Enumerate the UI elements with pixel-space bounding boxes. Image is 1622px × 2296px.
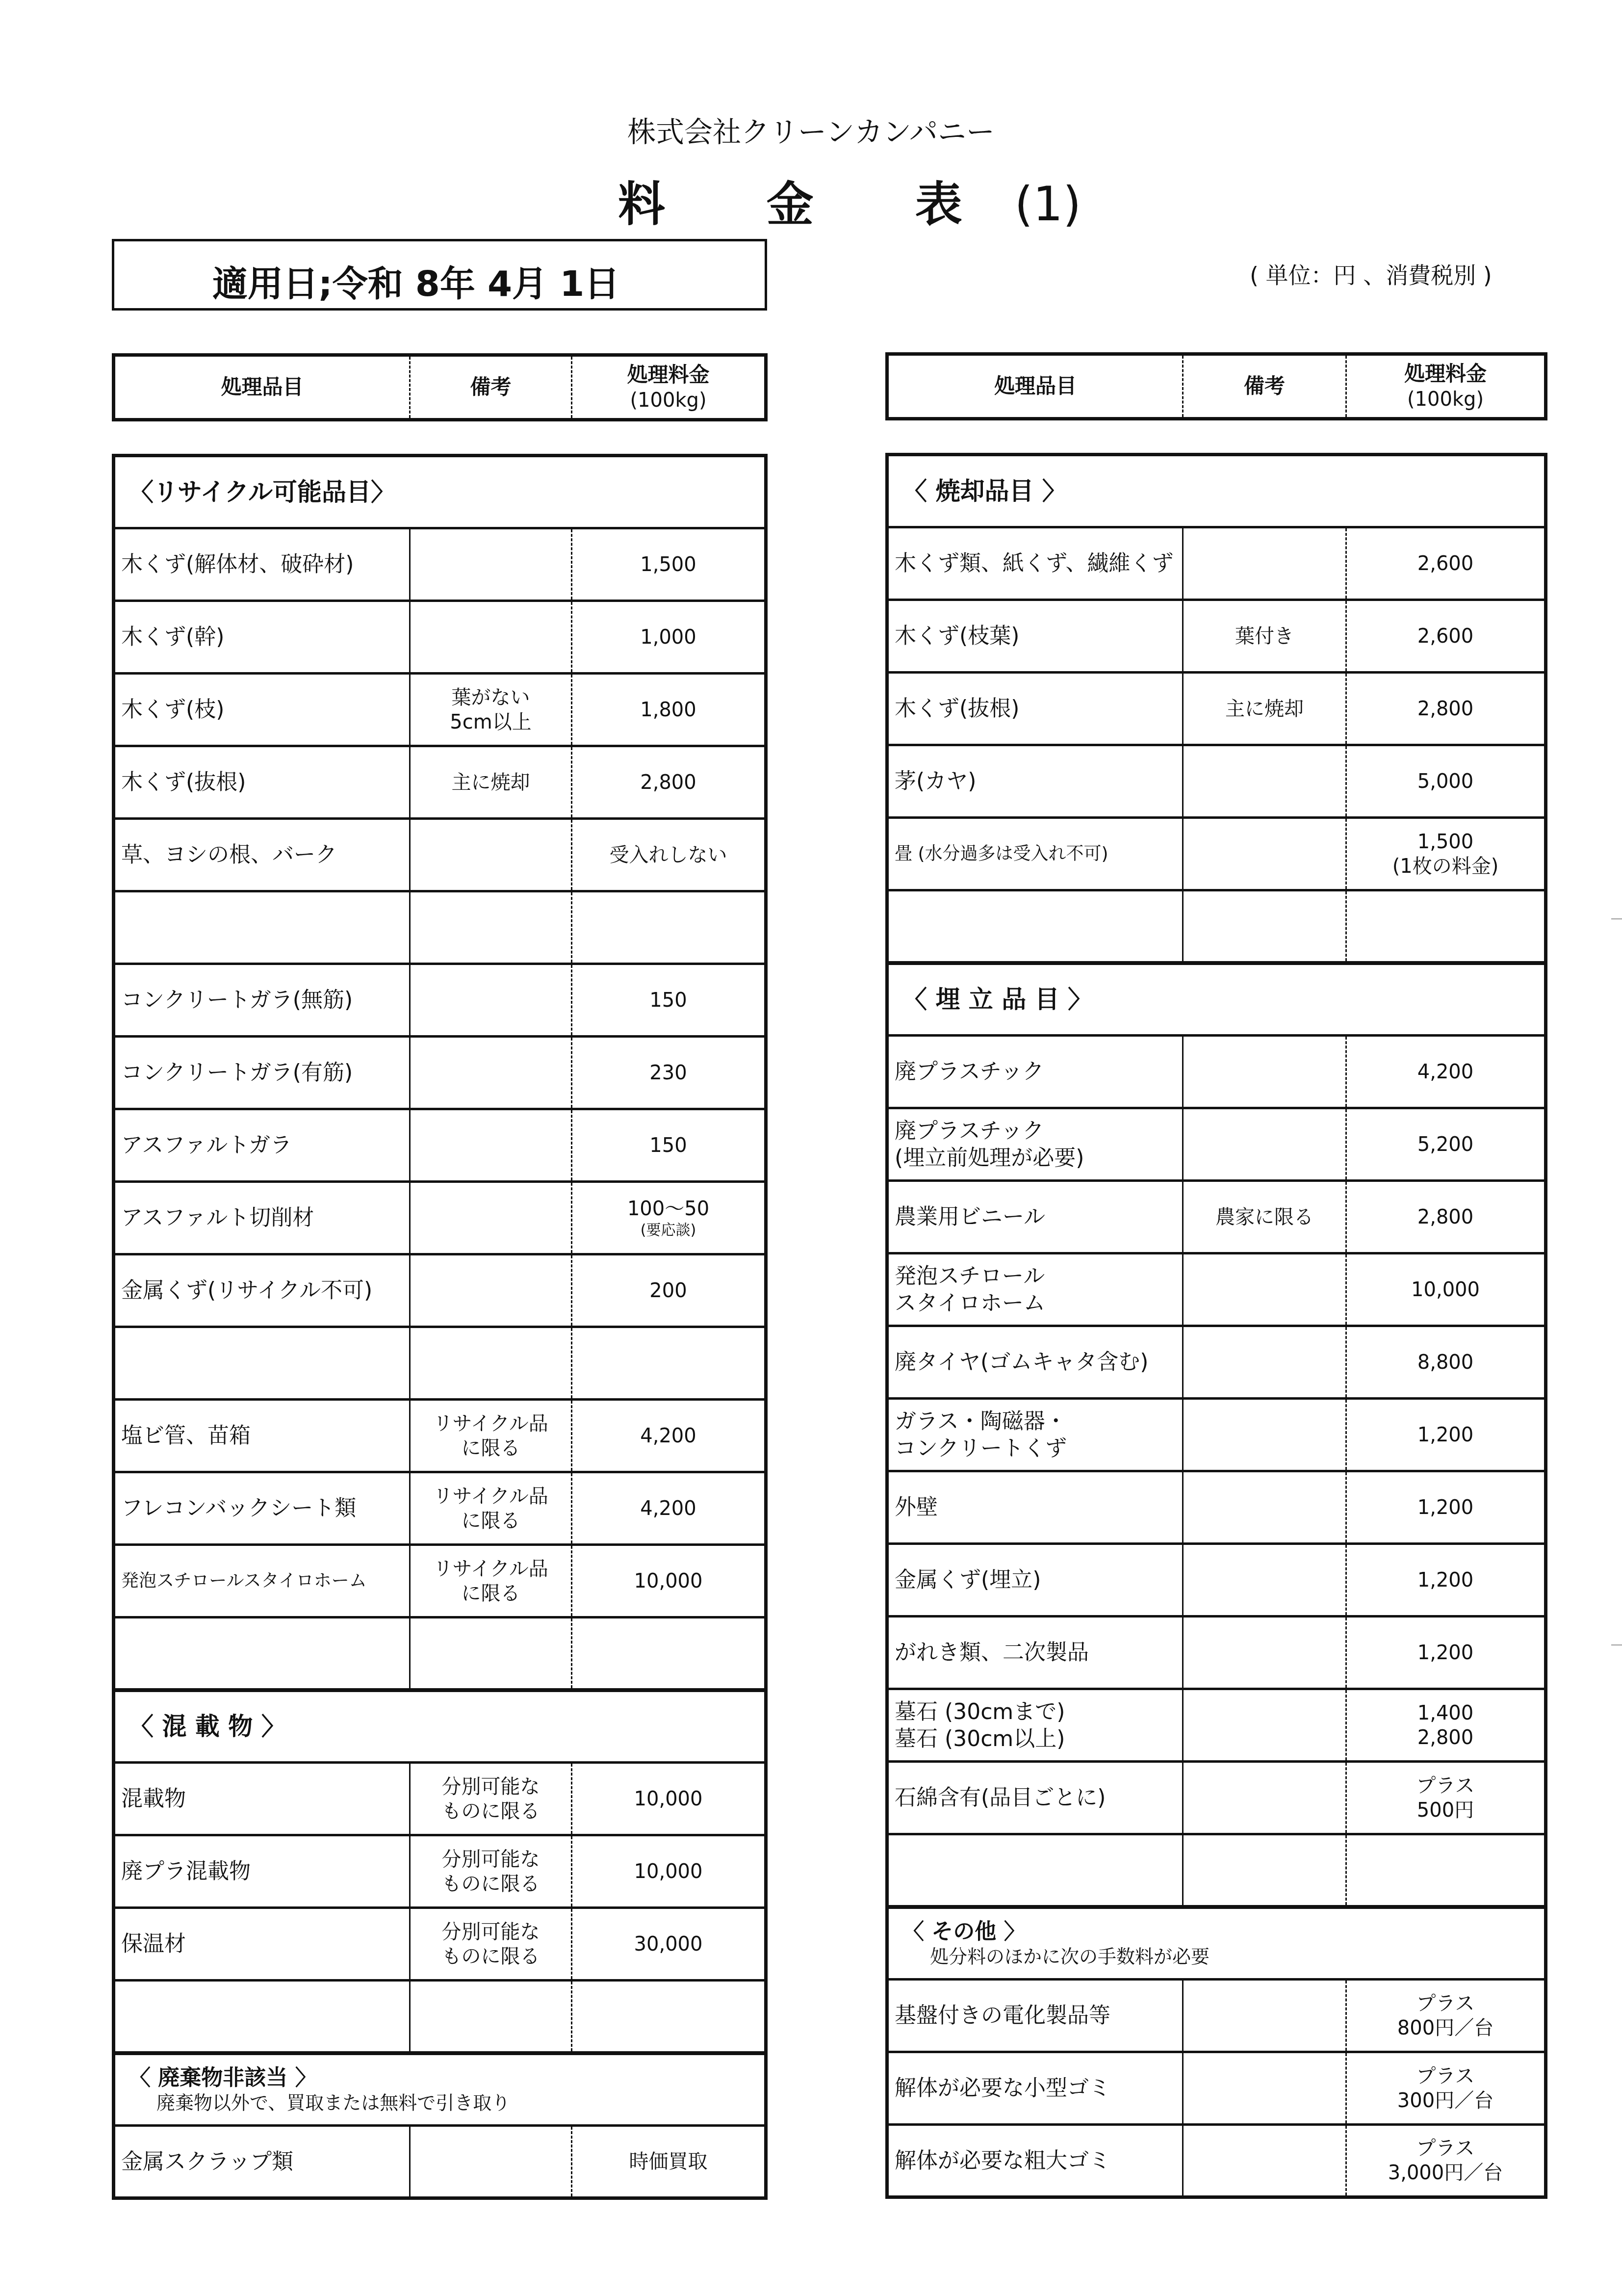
note-cell xyxy=(410,2126,572,2198)
item-cell: 畳 (水分過多は受入れ不可) xyxy=(887,818,1183,890)
section-header: 〈 埋 立 品 目 〉 xyxy=(887,963,1546,1036)
item-cell: 金属くず(埋立) xyxy=(887,1544,1183,1617)
price-cell: 時価買取 xyxy=(572,2126,766,2198)
table-row: アスファルト切削材100〜50(要応談) xyxy=(114,1182,766,1254)
section-header: 〈 その他 〉処分料のほかに次の手数料が必要 xyxy=(887,1907,1546,1980)
table-row: アスファルトガラ150 xyxy=(114,1109,766,1182)
note-cell xyxy=(410,601,572,674)
price-cell: 1,500 (1枚の料金) xyxy=(1346,818,1546,890)
price-cell: 1,000 xyxy=(572,601,766,674)
section-header: 〈 焼却品目 〉 xyxy=(887,455,1546,527)
note-cell: リサイクル品 に限る xyxy=(410,1400,572,1472)
price-cell: 1,400 2,800 xyxy=(1346,1689,1546,1762)
right-price-table: 〈 焼却品目 〉木くず類、紙くず、繊維くず2,600木くず(枝葉)葉付き2,60… xyxy=(885,453,1547,2199)
section-title: 〈 廃棄物非該当 〉 xyxy=(129,2065,317,2090)
price-cell: 1,200 xyxy=(1346,1544,1546,1617)
note-cell: 分別可能な ものに限る xyxy=(410,1908,572,1981)
note-cell xyxy=(1183,818,1346,890)
right-column-header: 処理品目 備考 処理料金 (100kg) xyxy=(885,352,1547,420)
section-title: 〈 混 載 物 〉 xyxy=(129,1712,286,1741)
price-cell: 8,800 xyxy=(1346,1326,1546,1399)
item-cell: 農業用ビニール xyxy=(887,1181,1183,1253)
note-cell xyxy=(1183,1108,1346,1181)
company-name: 株式会社クリーンカンパニー xyxy=(0,109,1622,150)
table-row: 畳 (水分過多は受入れ不可)1,500 (1枚の料金) xyxy=(887,818,1546,890)
title-char: (1) xyxy=(1015,177,1081,232)
header-price: 処理料金 (100kg) xyxy=(572,355,766,420)
note-cell xyxy=(410,528,572,601)
header-note: 備考 xyxy=(1183,354,1346,419)
price-cell: 2,800 xyxy=(1346,673,1546,745)
item-cell: 木くず(抜根) xyxy=(114,746,410,819)
price-cell: プラス 300円／台 xyxy=(1346,2052,1546,2125)
price-cell: 30,000 xyxy=(572,1908,766,1981)
table-row: コンクリートガラ(有筋)230 xyxy=(114,1037,766,1109)
table-row: 茅(カヤ)5,000 xyxy=(887,745,1546,818)
section-title-cell: 〈リサイクル可能品目〉 xyxy=(114,456,766,528)
table-row: 廃プラ混載物分別可能な ものに限る10,000 xyxy=(114,1835,766,1908)
table-row: 木くず類、紙くず、繊維くず2,600 xyxy=(887,527,1546,600)
table-row xyxy=(114,1618,766,1690)
scan-mark xyxy=(1611,1644,1622,1645)
section-header: 〈 混 載 物 〉 xyxy=(114,1690,766,1763)
price-cell: 1,200 xyxy=(1346,1399,1546,1471)
table-row: 発泡スチロールスタイロホームリサイクル品 に限る10,000 xyxy=(114,1545,766,1618)
note-cell: 葉がない 5cm以上 xyxy=(410,674,572,746)
item-cell: がれき類、二次製品 xyxy=(887,1617,1183,1689)
header-price: 処理料金 (100kg) xyxy=(1346,354,1546,419)
table-row: 解体が必要な粗大ゴミプラス 3,000円／台 xyxy=(887,2125,1546,2197)
note-cell xyxy=(1183,2125,1346,2197)
table-row: ガラス・陶磁器・ コンクリートくず1,200 xyxy=(887,1399,1546,1471)
item-cell: 金属くず(リサイクル不可) xyxy=(114,1254,410,1327)
table-row xyxy=(114,1981,766,2053)
note-cell xyxy=(1183,1617,1346,1689)
price-cell: 2,800 xyxy=(1346,1181,1546,1253)
item-cell: 木くず(幹) xyxy=(114,601,410,674)
price-cell: 200 xyxy=(572,1254,766,1327)
price-cell: 1,800 xyxy=(572,674,766,746)
price-cell: 1,200 xyxy=(1346,1471,1546,1544)
table-row: 廃プラスチック (埋立前処理が必要)5,200 xyxy=(887,1108,1546,1181)
price-cell: 2,600 xyxy=(1346,600,1546,673)
note-cell xyxy=(1183,1689,1346,1762)
table-row xyxy=(887,890,1546,963)
price-cell: 2,800 xyxy=(572,746,766,819)
header-item: 処理品目 xyxy=(887,354,1183,419)
item-cell: フレコンバックシート類 xyxy=(114,1472,410,1545)
section-header: 〈 廃棄物非該当 〉廃棄物以外で、買取または無料で引き取り xyxy=(114,2053,766,2126)
table-row: 解体が必要な小型ゴミプラス 300円／台 xyxy=(887,2052,1546,2125)
section-title-cell: 〈 埋 立 品 目 〉 xyxy=(887,963,1546,1036)
note-cell: 主に焼却 xyxy=(1183,673,1346,745)
note-cell: 分別可能な ものに限る xyxy=(410,1835,572,1908)
note-cell xyxy=(410,1109,572,1182)
section-header: 〈リサイクル可能品目〉 xyxy=(114,456,766,528)
note-cell xyxy=(410,819,572,891)
table-row: 木くず(枝)葉がない 5cm以上1,800 xyxy=(114,674,766,746)
note-cell: リサイクル品 に限る xyxy=(410,1545,572,1618)
price-cell: 2,600 xyxy=(1346,527,1546,600)
unit-note: ( 単位：円 、消費税別 ) xyxy=(1250,258,1492,290)
table-row: 発泡スチロール スタイロホーム10,000 xyxy=(887,1253,1546,1326)
price-note: (要応談) xyxy=(577,1221,759,1240)
item-cell: 金属スクラップ類 xyxy=(114,2126,410,2198)
table-row: 墓石 (30cmまで) 墓石 (30cm以上)1,400 2,800 xyxy=(887,1689,1546,1762)
header-note: 備考 xyxy=(410,355,572,420)
price-cell: プラス 3,000円／台 xyxy=(1346,2125,1546,2197)
item-cell: 発泡スチロールスタイロホーム xyxy=(114,1545,410,1618)
note-cell: 農家に限る xyxy=(1183,1181,1346,1253)
note-cell xyxy=(410,1254,572,1327)
item-cell: コンクリートガラ(無筋) xyxy=(114,964,410,1037)
price-cell xyxy=(1346,890,1546,963)
item-cell xyxy=(887,1834,1183,1907)
price-cell xyxy=(572,891,766,964)
effective-date: 適用日;令和 8年 4月 1日 xyxy=(212,255,619,306)
price-cell: 150 xyxy=(572,1109,766,1182)
table-row: 木くず(抜根)主に焼却2,800 xyxy=(114,746,766,819)
section-title: 〈 埋 立 品 目 〉 xyxy=(902,985,1092,1014)
item-cell: 解体が必要な小型ゴミ xyxy=(887,2052,1183,2125)
price-cell: 10,000 xyxy=(572,1545,766,1618)
section-subtitle: 処分料のほかに次の手数料が必要 xyxy=(902,1945,1539,1969)
item-cell: 草、ヨシの根、バーク xyxy=(114,819,410,891)
price-cell: 100〜50(要応談) xyxy=(572,1182,766,1254)
table-row: 草、ヨシの根、バーク受入れしない xyxy=(114,819,766,891)
table-row xyxy=(114,1327,766,1400)
price-cell: 4,200 xyxy=(1346,1036,1546,1108)
note-cell xyxy=(410,964,572,1037)
price-cell: 4,200 xyxy=(572,1472,766,1545)
note-cell xyxy=(410,891,572,964)
section-title-cell: 〈 焼却品目 〉 xyxy=(887,455,1546,527)
item-cell: 混載物 xyxy=(114,1763,410,1835)
note-cell xyxy=(1183,1399,1346,1471)
section-title: 〈 その他 〉 xyxy=(902,1919,1026,1944)
item-cell xyxy=(114,1327,410,1400)
left-table-body: 〈リサイクル可能品目〉木くず(解体材、破砕材)1,500木くず(幹)1,000木… xyxy=(114,456,766,2198)
price-cell: 1,500 xyxy=(572,528,766,601)
note-cell xyxy=(1183,527,1346,600)
item-cell xyxy=(114,1618,410,1690)
item-cell: 解体が必要な粗大ゴミ xyxy=(887,2125,1183,2197)
item-cell: 墓石 (30cmまで) 墓石 (30cm以上) xyxy=(887,1689,1183,1762)
table-row: 木くず(幹)1,000 xyxy=(114,601,766,674)
table-row: 石綿含有(品目ごとに)プラス 500円 xyxy=(887,1762,1546,1834)
table-row: 木くず(抜根)主に焼却2,800 xyxy=(887,673,1546,745)
table-row: 混載物分別可能な ものに限る10,000 xyxy=(114,1763,766,1835)
note-cell xyxy=(1183,1471,1346,1544)
table-row: 保温材分別可能な ものに限る30,000 xyxy=(114,1908,766,1981)
table-row: 廃タイヤ(ゴムキャタ含む)8,800 xyxy=(887,1326,1546,1399)
price-cell: 10,000 xyxy=(1346,1253,1546,1326)
note-cell xyxy=(410,1981,572,2053)
table-row: 金属くず(リサイクル不可)200 xyxy=(114,1254,766,1327)
item-cell: 外壁 xyxy=(887,1471,1183,1544)
item-cell: 塩ビ管、苗箱 xyxy=(114,1400,410,1472)
price-cell: プラス 500円 xyxy=(1346,1762,1546,1834)
page-title: 料 金 表 (1) xyxy=(618,167,1081,234)
section-title: 〈リサイクル可能品目〉 xyxy=(129,478,395,506)
item-cell: アスファルトガラ xyxy=(114,1109,410,1182)
item-cell: 基盤付きの電化製品等 xyxy=(887,1980,1183,2052)
section-subtitle: 廃棄物以外で、買取または無料で引き取り xyxy=(129,2091,759,2115)
note-cell xyxy=(1183,1036,1346,1108)
effective-date-box: 適用日;令和 8年 4月 1日 xyxy=(112,239,767,311)
table-row: 木くず(解体材、破砕材)1,500 xyxy=(114,528,766,601)
note-cell xyxy=(1183,1980,1346,2052)
note-cell xyxy=(410,1618,572,1690)
price-cell xyxy=(572,1327,766,1400)
price-cell xyxy=(572,1981,766,2053)
price-cell: 5,200 xyxy=(1346,1108,1546,1181)
title-char: 金 xyxy=(767,167,814,234)
item-cell: アスファルト切削材 xyxy=(114,1182,410,1254)
item-cell: 木くず(枝) xyxy=(114,674,410,746)
note-cell: リサイクル品 に限る xyxy=(410,1472,572,1545)
item-cell: 廃プラスチック (埋立前処理が必要) xyxy=(887,1108,1183,1181)
item-cell: 木くず(抜根) xyxy=(887,673,1183,745)
section-title: 〈 焼却品目 〉 xyxy=(902,477,1067,505)
price-cell: 10,000 xyxy=(572,1763,766,1835)
price-cell: 5,000 xyxy=(1346,745,1546,818)
note-cell xyxy=(1183,1762,1346,1834)
note-cell xyxy=(1183,1326,1346,1399)
price-cell: 150 xyxy=(572,964,766,1037)
table-row xyxy=(114,891,766,964)
note-cell: 分別可能な ものに限る xyxy=(410,1763,572,1835)
note-cell xyxy=(1183,1253,1346,1326)
section-title-cell: 〈 その他 〉処分料のほかに次の手数料が必要 xyxy=(887,1907,1546,1980)
item-cell: 廃プラスチック xyxy=(887,1036,1183,1108)
note-cell: 葉付き xyxy=(1183,600,1346,673)
table-row: 外壁1,200 xyxy=(887,1471,1546,1544)
left-column-header: 処理品目 備考 処理料金 (100kg) xyxy=(112,353,768,421)
price-cell xyxy=(1346,1834,1546,1907)
note-cell xyxy=(1183,2052,1346,2125)
left-price-table: 〈リサイクル可能品目〉木くず(解体材、破砕材)1,500木くず(幹)1,000木… xyxy=(112,454,768,2200)
price-cell xyxy=(572,1618,766,1690)
item-cell: コンクリートガラ(有筋) xyxy=(114,1037,410,1109)
section-title-cell: 〈 混 載 物 〉 xyxy=(114,1690,766,1763)
price-cell: 1,200 xyxy=(1346,1617,1546,1689)
note-cell xyxy=(1183,1544,1346,1617)
note-cell xyxy=(410,1037,572,1109)
note-cell xyxy=(410,1182,572,1254)
note-cell: 主に焼却 xyxy=(410,746,572,819)
table-row: 農業用ビニール農家に限る2,800 xyxy=(887,1181,1546,1253)
item-cell: 廃プラ混載物 xyxy=(114,1835,410,1908)
note-cell xyxy=(1183,890,1346,963)
table-row: 木くず(枝葉)葉付き2,600 xyxy=(887,600,1546,673)
scan-mark xyxy=(1611,918,1622,919)
table-row: 金属スクラップ類時価買取 xyxy=(114,2126,766,2198)
price-cell: 4,200 xyxy=(572,1400,766,1472)
table-row: 塩ビ管、苗箱リサイクル品 に限る4,200 xyxy=(114,1400,766,1472)
item-cell xyxy=(887,890,1183,963)
item-cell: 石綿含有(品目ごとに) xyxy=(887,1762,1183,1834)
table-row: コンクリートガラ(無筋)150 xyxy=(114,964,766,1037)
table-row: フレコンバックシート類リサイクル品 に限る4,200 xyxy=(114,1472,766,1545)
item-cell: ガラス・陶磁器・ コンクリートくず xyxy=(887,1399,1183,1471)
table-row: がれき類、二次製品1,200 xyxy=(887,1617,1546,1689)
item-cell: 廃タイヤ(ゴムキャタ含む) xyxy=(887,1326,1183,1399)
right-table-body: 〈 焼却品目 〉木くず類、紙くず、繊維くず2,600木くず(枝葉)葉付き2,60… xyxy=(887,455,1546,2197)
note-cell xyxy=(1183,745,1346,818)
table-row xyxy=(887,1834,1546,1907)
item-cell: 保温材 xyxy=(114,1908,410,1981)
title-char: 表 xyxy=(915,167,962,234)
item-cell: 発泡スチロール スタイロホーム xyxy=(887,1253,1183,1326)
note-cell xyxy=(1183,1834,1346,1907)
item-cell: 木くず(解体材、破砕材) xyxy=(114,528,410,601)
title-char: 料 xyxy=(618,167,665,234)
section-title-cell: 〈 廃棄物非該当 〉廃棄物以外で、買取または無料で引き取り xyxy=(114,2053,766,2126)
note-cell xyxy=(410,1327,572,1400)
price-value: 100〜50 xyxy=(627,1198,709,1220)
price-cell: 受入れしない xyxy=(572,819,766,891)
item-cell: 木くず類、紙くず、繊維くず xyxy=(887,527,1183,600)
item-cell: 茅(カヤ) xyxy=(887,745,1183,818)
header-item: 処理品目 xyxy=(114,355,410,420)
table-row: 基盤付きの電化製品等プラス 800円／台 xyxy=(887,1980,1546,2052)
item-cell xyxy=(114,1981,410,2053)
item-cell xyxy=(114,891,410,964)
price-cell: 230 xyxy=(572,1037,766,1109)
item-cell: 木くず(枝葉) xyxy=(887,600,1183,673)
price-cell: プラス 800円／台 xyxy=(1346,1980,1546,2052)
table-row: 廃プラスチック4,200 xyxy=(887,1036,1546,1108)
table-row: 金属くず(埋立)1,200 xyxy=(887,1544,1546,1617)
price-cell: 10,000 xyxy=(572,1835,766,1908)
